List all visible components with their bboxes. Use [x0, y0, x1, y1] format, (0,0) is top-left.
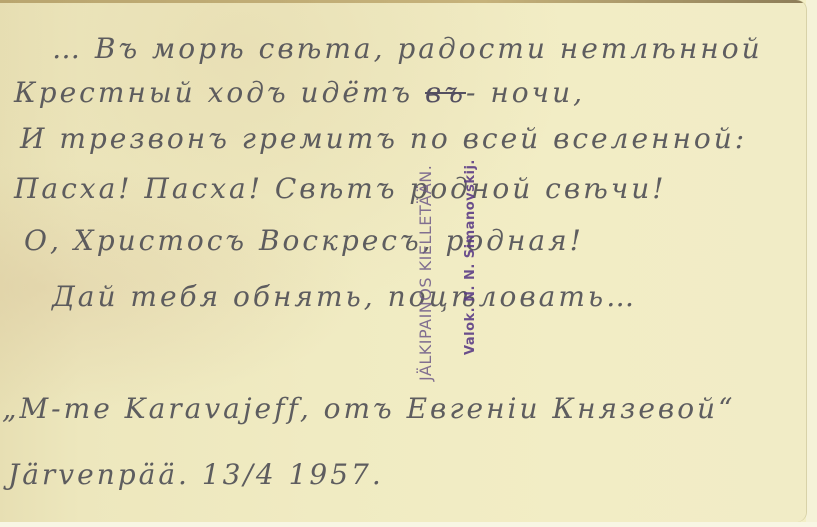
card-top-edge	[0, 0, 806, 3]
photographer-stamp: Valok. N. N. Simanovskij.	[463, 159, 478, 355]
poem-line-3: И трезвонъ гремитъ по всей вселенной:	[20, 122, 747, 155]
poem-line-5: О, Христосъ Воскресъ, родная!	[24, 224, 584, 257]
poem-line-4: Пасха! Пасха! Свѣтъ родной свѣчи!	[14, 172, 667, 205]
reproduction-prohibited-stamp: JÄLKIPAINOS KIELLETÄÄN.	[416, 165, 435, 381]
poem-line-2-text: Крестный ходъ идётъ	[14, 76, 413, 109]
card-bottom-edge	[0, 522, 817, 527]
dedication-line: „M-me Karavajeff, отъ Евгенiи Князевой“	[2, 392, 735, 425]
poem-line-2-end: - ночи,	[466, 76, 585, 109]
place-date-line: Järvenpää. 13/4 1957.	[8, 458, 384, 491]
poem-line-2: Крестный ходъ идётъ въ- ночи,	[14, 76, 585, 109]
struck-out-word: въ	[425, 76, 466, 109]
poem-line-1: … Въ морѣ свѣта, радости нетлѣнной	[52, 32, 763, 65]
postcard: … Въ морѣ свѣта, радости нетлѣнной Крест…	[0, 0, 806, 522]
scan-background	[806, 0, 817, 527]
poem-line-6: Дай тебя обнять, поцѣловать…	[52, 280, 637, 313]
